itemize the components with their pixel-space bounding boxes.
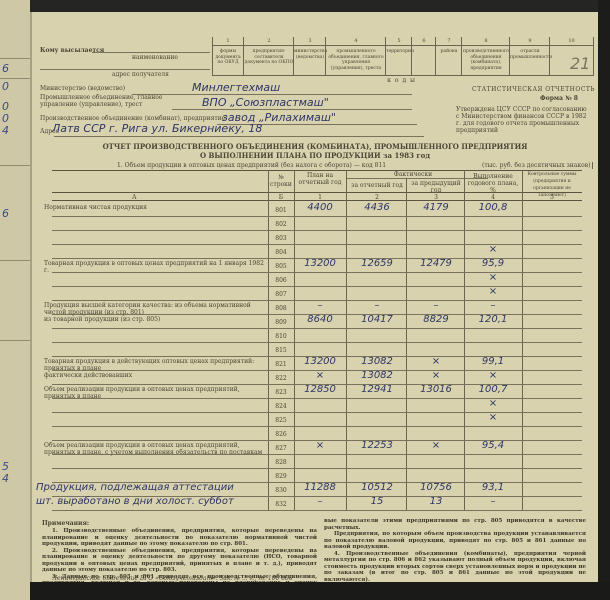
cell-actual[interactable]: 12253 [348,440,406,451]
cell-actual[interactable]: 13082 [348,356,406,367]
cell-pct[interactable]: × [466,370,520,381]
cell-control[interactable] [524,272,580,284]
col-line-no: № строки [270,174,292,188]
union-label: Промышленное объединение, главное управл… [40,94,200,108]
address-value[interactable]: Латв ССР г. Рига ул. Бикерниеку, 18 [52,122,262,135]
code-col: 2предприятия-составителя документа по ОК… [243,37,294,75]
report-title-line1: ОТЧЕТ ПРОИЗВОДСТВЕННОГО ОБЪЕДИНЕНИЯ (КОМ… [32,142,598,151]
code-col: 4промышленного объединения, главного упр… [325,37,386,75]
row-code: 830 [270,487,292,494]
cell-prev[interactable]: 13016 [408,384,464,395]
cell-prev[interactable]: – [408,300,464,311]
union-value[interactable]: ВПО „Союзпластмаш" [202,96,329,109]
underlying-page-edge: 6 0 0 0 4 6 5 4 [0,0,32,600]
cell-control[interactable] [524,468,580,480]
cell-actual[interactable]: 13082 [348,370,406,381]
row-code: 802 [270,221,292,228]
code-col: 5территории [385,37,412,75]
address-caption: адрес получателя [112,71,169,78]
row-code: 827 [270,445,292,452]
printer-imprint: Ленинградское отделение ВГО «Союзучетизд… [52,575,293,582]
cell-pct[interactable]: 95,4 [466,440,520,451]
col-fulfilment: Выполнение годового плана, % [466,173,520,194]
units-note: (тыс. руб. без десятичных знаков) [482,162,593,169]
row-label: Объем реализации продукции в оптовых цен… [44,386,266,400]
cell-pct[interactable]: – [466,496,520,507]
cell-plan[interactable]: 12850 [298,384,342,395]
page-number-handwritten: 21 [570,54,590,73]
code-col: 6 [411,37,436,75]
cell-control[interactable] [524,356,580,368]
report-form-page: Кому высылается наименование адрес получ… [32,12,598,582]
report-title-line2: О ВЫПОЛНЕНИИ ПЛАНА ПО ПРОДУКЦИИ за 1983 … [32,151,598,160]
ministry-label: Министерство (ведомство) [40,85,125,92]
cell-prev[interactable]: × [408,356,464,367]
cell-control[interactable] [524,216,580,228]
cell-plan[interactable]: 13200 [298,356,342,367]
cell-actual[interactable]: 4436 [348,202,406,213]
row-label: Товарная продукция в действующих оптовых… [44,358,266,372]
row-code: 809 [270,319,292,326]
cell-prev[interactable]: × [408,440,464,451]
row-code: 801 [270,207,292,214]
row-code: 815 [270,347,292,354]
stat-report-label: СТАТИСТИЧЕСКАЯ ОТЧЕТНОСТЬ [472,86,595,93]
cell-pct[interactable]: × [466,412,520,423]
row-label: Продукция высшей категории качества: из … [44,302,266,316]
cell-plan[interactable]: 11288 [298,482,342,493]
margin-mark: 6 [2,62,9,75]
cell-control[interactable] [524,202,580,214]
row-code: 824 [270,403,292,410]
row-code: 825 [270,417,292,424]
form-number: Форма № 8 [540,95,578,102]
row-code: 808 [270,305,292,312]
col-plan: План на отчетный год [298,172,342,186]
cell-plan[interactable]: – [298,496,342,507]
notes-title: Примечания: [42,520,89,527]
row-label: шт. выработано в дни холост. суббот [36,496,266,507]
cell-control[interactable] [524,230,580,242]
margin-mark: 6 [2,207,9,220]
row-code: 804 [270,249,292,256]
row-code: 826 [270,431,292,438]
union-line [172,109,412,110]
cell-control[interactable] [524,286,580,298]
note-4: 4. Производственные объединения (комбина… [324,551,586,584]
cell-control[interactable] [524,398,580,410]
row-code: 810 [270,333,292,340]
row-divider [52,230,582,231]
cell-pct[interactable]: 120,1 [466,314,520,325]
note-1: 1. Производственные объединения, предпри… [42,528,317,548]
row-code: 803 [270,235,292,242]
cell-prev[interactable]: × [408,370,464,381]
address-line [54,136,424,137]
cell-pct[interactable]: × [466,244,520,255]
row-code: 807 [270,291,292,298]
cell-pct[interactable]: 95,9 [466,258,520,269]
cell-actual[interactable]: 15 [348,496,406,507]
row-divider [52,342,582,343]
row-label: из товарной продукции (из стр. 805) [44,316,266,323]
cell-prev[interactable]: 8829 [408,314,464,325]
cell-control[interactable] [524,426,580,438]
name-caption: наименование [132,54,178,61]
cell-pct[interactable]: × [466,286,520,297]
note-3-extra: Предприятия, по которым объем производст… [324,531,586,551]
cell-control[interactable] [524,258,580,270]
cell-actual[interactable]: 12941 [348,384,406,395]
row-label: фактически действовавших [44,372,266,379]
cell-control[interactable] [524,244,580,256]
section-title: 1. Объем продукции в оптовых ценах предп… [117,162,386,169]
cell-control[interactable] [524,370,580,382]
cell-actual[interactable]: – [348,300,406,311]
cell-plan[interactable]: 4400 [298,202,342,213]
col-actual-report: за отчетный год [348,182,406,189]
code-col: 9отрасли промышленности [509,37,550,75]
row-label: Товарная продукция в оптовых ценах предп… [44,260,266,274]
cell-control[interactable] [524,496,580,508]
cell-actual[interactable]: 10512 [348,482,406,493]
cell-pct[interactable]: 100,7 [466,384,520,395]
row-code: 806 [270,277,292,284]
row-divider [52,510,582,511]
cell-pct[interactable]: × [466,398,520,409]
row-code: 829 [270,473,292,480]
approval-text: Утверждена ЦСУ СССР по согласованию с Ми… [456,106,591,134]
row-label: Продукция, подлежащая аттестации [36,482,266,493]
row-code: 821 [270,361,292,368]
cell-pct[interactable]: 99,1 [466,356,520,367]
cell-control[interactable] [524,314,580,326]
cell-plan[interactable]: 13200 [298,258,342,269]
cell-actual[interactable]: 12659 [348,258,406,269]
row-divider [52,328,582,329]
cell-prev[interactable]: 13 [408,496,464,507]
cell-control[interactable] [524,482,580,494]
cell-plan[interactable]: × [298,440,342,451]
row-divider [52,468,582,469]
margin-mark: 0 [2,80,9,93]
row-code: 822 [270,375,292,382]
cell-prev[interactable]: 4179 [408,202,464,213]
scan-border-top [30,0,610,12]
cell-prev[interactable]: 12479 [408,258,464,269]
scan-border-right [598,0,610,600]
cell-pct[interactable]: – [466,300,520,311]
cell-pct[interactable]: × [466,272,520,283]
ministry-value[interactable]: Минлегтехмаш [192,81,280,94]
row-code: 828 [270,459,292,466]
cell-actual[interactable]: 10417 [348,314,406,325]
code-col: 8производственного объединения (комбинат… [461,37,510,75]
row-code: 823 [270,389,292,396]
margin-mark: 4 [2,472,9,485]
enterprise-label: Производственное объединение (комбинат),… [40,115,225,122]
row-label: Объем реализации продукции в оптовых цен… [44,442,266,456]
cell-control[interactable] [524,384,580,396]
cell-plan[interactable]: 8640 [298,314,342,325]
row-label: Нормативная чистая продукция [44,204,266,211]
note-2: 2. Производственные объединения, предпри… [42,548,317,574]
code-col: 1формы документа по ОКУД [213,37,243,75]
cell-pct[interactable]: 100,8 [466,202,520,213]
code-col: 3министерства (ведомства) [293,37,326,75]
cell-control[interactable] [524,328,580,340]
cell-control[interactable] [524,440,580,452]
cell-control[interactable] [524,342,580,354]
cell-pct[interactable]: 93,1 [466,482,520,493]
cell-control[interactable] [524,412,580,424]
codes-table: 1формы документа по ОКУД 2предприятия-со… [212,37,594,76]
cell-prev[interactable]: 10756 [408,482,464,493]
margin-mark: 4 [2,124,9,137]
cell-control[interactable] [524,454,580,466]
address-line [40,69,210,70]
note-3-cont: вые показатели этими предприятиями по ст… [324,518,586,531]
to-whom-line [92,52,210,53]
code-col: 7района [435,37,462,75]
cell-plan[interactable]: – [298,300,342,311]
cell-control[interactable] [524,300,580,312]
row-divider [52,216,582,217]
row-code: 832 [270,501,292,508]
row-code: 805 [270,263,292,270]
cell-plan[interactable]: × [298,370,342,381]
row-divider [52,426,582,427]
scan-border-bottom [30,582,610,600]
col-actual-group: Фактически [348,171,478,178]
